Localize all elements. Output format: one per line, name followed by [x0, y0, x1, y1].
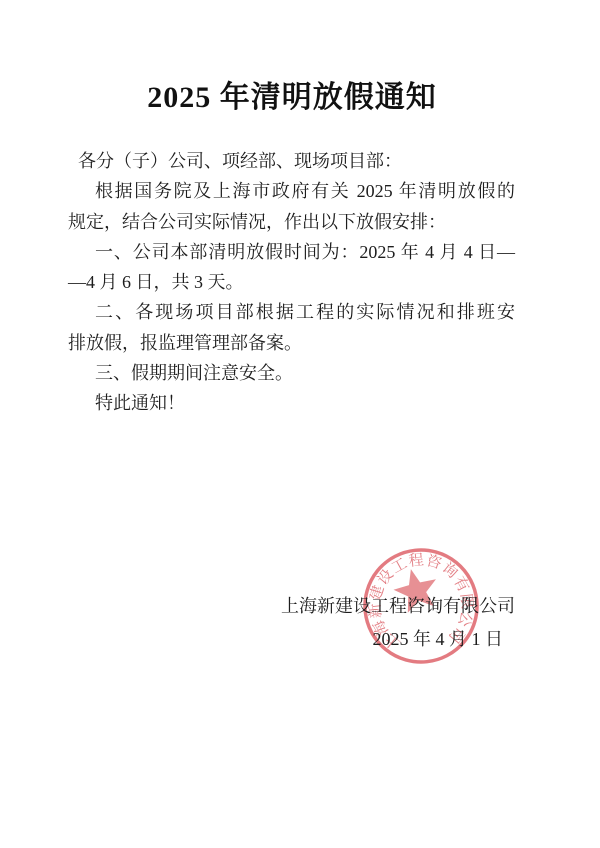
body-line: —4 月 6 日，共 3 天。	[68, 267, 515, 297]
notice-title: 2025 年清明放假通知	[0, 72, 592, 116]
body-line: 规定，结合公司实际情况，作出以下放假安排：	[68, 207, 515, 237]
body-line: 根据国务院及上海市政府有关 2025 年清明放假的	[68, 176, 515, 206]
notice-document: 2025 年清明放假通知 各分（子）公司、项经部、现场项目部： 根据国务院及上海…	[0, 0, 600, 848]
body-line-item-3: 三、假期期间注意安全。	[68, 358, 515, 388]
signature-date: 2025 年 4 月 1 日	[373, 624, 504, 654]
seal-arc-char: 程	[408, 552, 425, 570]
body-line-closing: 特此通知！	[68, 388, 515, 418]
signature-company-name: 上海新建设工程咨询有限公司	[281, 591, 515, 621]
body-line: 排放假，报监理管理部备案。	[68, 328, 515, 358]
body-line-recipients: 各分（子）公司、项经部、现场项目部：	[68, 146, 515, 176]
notice-body: 各分（子）公司、项经部、现场项目部： 根据国务院及上海市政府有关 2025 年清…	[68, 146, 515, 419]
body-line-item-2: 二、各现场项目部根据工程的实际情况和排班安	[68, 297, 515, 327]
body-line-item-1: 一、公司本部清明放假时间为：2025 年 4 月 4 日—	[68, 237, 515, 267]
